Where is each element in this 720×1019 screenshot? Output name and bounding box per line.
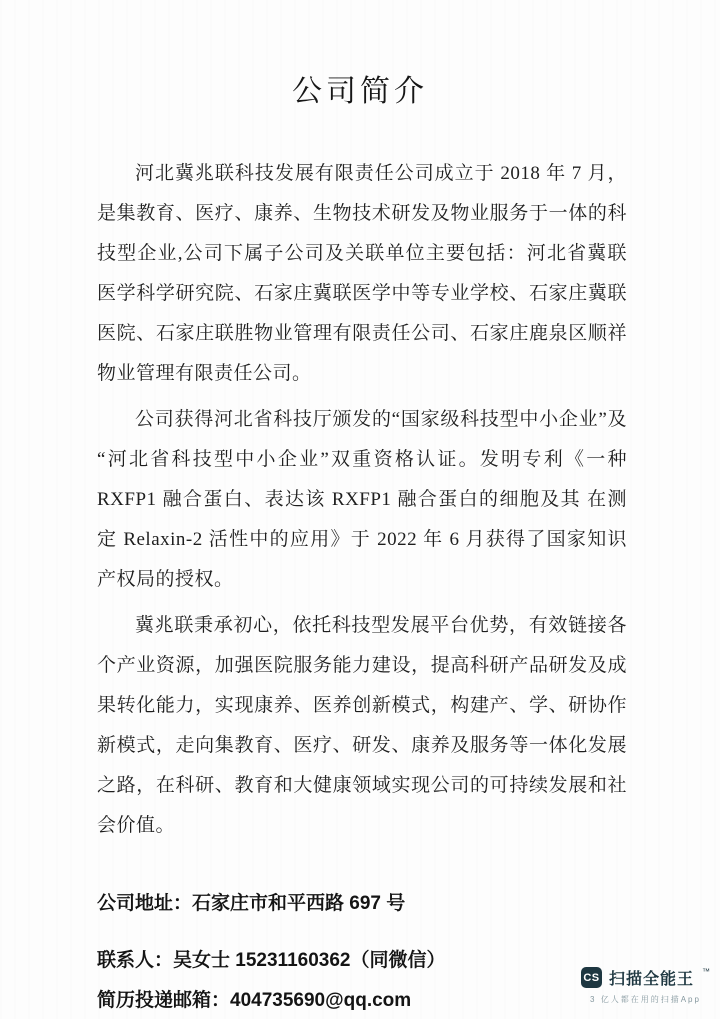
contact-block: 公司地址：石家庄市和平西路 697 号 联系人：吴女士 15231160362（… — [97, 884, 627, 1019]
contact-person-phone: 联系人：吴女士 15231160362（同微信） — [97, 941, 627, 981]
paragraph-vision: 冀兆联秉承初心，依托科技型发展平台优势，有效链接各个产业资源，加强医院服务能力建… — [97, 606, 627, 846]
contact-address: 公司地址：石家庄市和平西路 697 号 — [97, 884, 627, 924]
trademark-symbol: ™ — [702, 967, 710, 976]
camscanner-cs-badge-icon: CS — [581, 967, 602, 988]
paragraph-certifications-patent: 公司获得河北省科技厅颁发的“国家级科技型中小企业”及“河北省科技型中小企业”双重… — [97, 400, 627, 600]
camscanner-app-name: 扫描全能王 — [609, 966, 694, 989]
document-body: 河北冀兆联科技发展有限责任公司成立于 2018 年 7 月，是集教育、医疗、康养… — [97, 154, 627, 846]
camscanner-logo-row: CS 扫描全能王 ™ — [581, 966, 710, 989]
camscanner-tagline: 3 亿人都在用的扫描App — [590, 994, 701, 1005]
page-title: 公司简介 — [0, 66, 720, 110]
paragraph-company-overview: 河北冀兆联科技发展有限责任公司成立于 2018 年 7 月，是集教育、医疗、康养… — [97, 154, 627, 394]
camscanner-watermark: CS 扫描全能王 ™ 3 亿人都在用的扫描App — [581, 966, 710, 1005]
scanned-document-page: 公司简介 河北冀兆联科技发展有限责任公司成立于 2018 年 7 月，是集教育、… — [0, 0, 720, 1019]
contact-resume-email: 简历投递邮箱：404735690@qq.com — [97, 981, 627, 1019]
